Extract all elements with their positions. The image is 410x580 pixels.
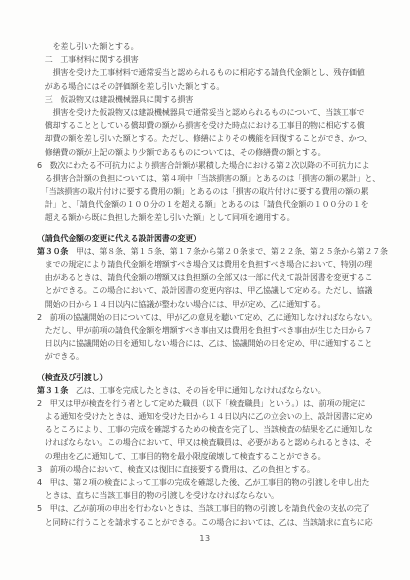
text-line: を差し引いた額とする。 [37, 40, 389, 53]
text-line: ければならない。この場合において、甲又は検査職員は、必要があると認められるときは… [37, 436, 389, 449]
text-line: ときは、直ちに当該工事目的物の引渡しを受けなければならない。 [37, 489, 389, 502]
text-line: までの規定により請負代金額を増額すべき場合又は費用を負担すべき場合において、特別… [37, 258, 389, 271]
text-line: 第３１条 乙は、工事を完成したときは、その旨を甲に通知しなければならない。 [37, 384, 389, 397]
text-line: 修繕費の額が上記の額より少額であるものについては、その修繕費の額とする。 [37, 146, 389, 159]
text-line: 三 仮設物又は建設機械器具に関する損害 [37, 93, 389, 106]
text-line: 第３０条 甲は、第８条、第１５条、第１７条から第２０条まで、第２２条、第２５条か… [37, 245, 389, 258]
text-line: （請負代金額の変更に代える設計図書の変更） [37, 232, 389, 245]
text-line: 2 前項の協議開始の日については、甲が乙の意見を聴いて定め、乙に通知しなければな… [37, 311, 389, 324]
document-page: を差し引いた額とする。 二 工事材料に関する損害 損害を受けた工事材料で通常妥当… [0, 0, 410, 580]
text-line: 損害を受けた工事材料で通常妥当と認められるものに相応する請負代金額とし、残存価値 [37, 66, 389, 79]
article-number: 第３１条 [37, 386, 68, 395]
document-body: を差し引いた額とする。 二 工事材料に関する損害 損害を受けた工事材料で通常妥当… [37, 40, 389, 529]
text-line: の理由を乙に通知して、工事目的物を最小限度破壊して検査することができる。 [37, 450, 389, 463]
text-line: 「当該損害の取片付けに要する費用の額」とあるのは「損害の取片付けに要する費用の額… [37, 185, 389, 198]
text-line: 2 甲又は甲が検査を行う者として定めた職員（以下「検査職員」という。）は、前項の… [37, 397, 389, 410]
article-number: 第３０条 [37, 247, 68, 256]
text-line: 却費の額を差し引いた額とする。ただし、修繕によりその機能を回復することができ、か… [37, 132, 389, 145]
text-line: 二 工事材料に関する損害 [37, 53, 389, 66]
text-line: 5 甲は、乙が前項の申出を行わないときは、当該工事目的物の引渡しを請負代金の支払… [37, 502, 389, 515]
text-line: 償却することとしている償却費の額から損害を受けた時点における工事目的物に相応する… [37, 119, 389, 132]
text-line: 損害を受けた仮設物又は建設機械器具で通常妥当と認められるものについて、当該工事で [37, 106, 389, 119]
text-line: ができる。 [37, 350, 389, 363]
text-line: ただし、甲が前項の請負代金額を増額すべき事由又は費用を負担すべき事由が生じた日か… [37, 324, 389, 337]
text-line: 3 前項の場合において、検査又は復旧に直接要する費用は、乙の負担とする。 [37, 463, 389, 476]
text-line: 4 甲は、第２項の検査によって工事の完成を確認した後、乙が工事目的物の引渡しを申… [37, 476, 389, 489]
text-line: とができる。この場合において、設計図書の変更内容は、甲乙協議して定める。ただし、… [37, 284, 389, 297]
page-number: 13 [0, 534, 410, 543]
blank-line [37, 225, 389, 232]
text-line: がある場合にはその評価額を差し引いた額とする。 [37, 80, 389, 93]
text-line: るところにより、工事の完成を確認するための検査を完了し、当該検査の結果を乙に通知… [37, 423, 389, 436]
text-line: 日以内に協議開始の日を通知しない場合には、乙は、協議開始の日を定め、甲に通知する… [37, 337, 389, 350]
blank-line [37, 364, 389, 371]
text-line: 6 数次にわたる不可抗力により損害合計額が累積した場合における第２次以降の不可抗… [37, 159, 389, 172]
text-line: 由があるときは、請負代金額の増額又は負担額の全部又は一部に代えて設計図書を変更す… [37, 271, 389, 284]
text-line: よる通知を受けたときは、通知を受けた日から１４日以内に乙の立会いの上、設計図書に… [37, 410, 389, 423]
text-line: （検査及び引渡し） [37, 371, 389, 384]
text-line: 開始の日から１４日以内に協議が整わない場合には、甲が定め、乙に通知する。 [37, 298, 389, 311]
text-line: る損害合計額の負担については、第４項中「当該損害の額」とあるのは「損害の額の累計… [37, 172, 389, 185]
text-line: 計」と、「請負代金額の１００分の１を超える額」とあるのは「請負代金額の１００分の… [37, 198, 389, 211]
text-line: 超える額から既に負担した額を差し引いた額」として同項を適用する。 [37, 211, 389, 224]
text-line: と同時に行うことを請求することができる。この場合においては、乙は、当該請求に直ち… [37, 516, 389, 529]
